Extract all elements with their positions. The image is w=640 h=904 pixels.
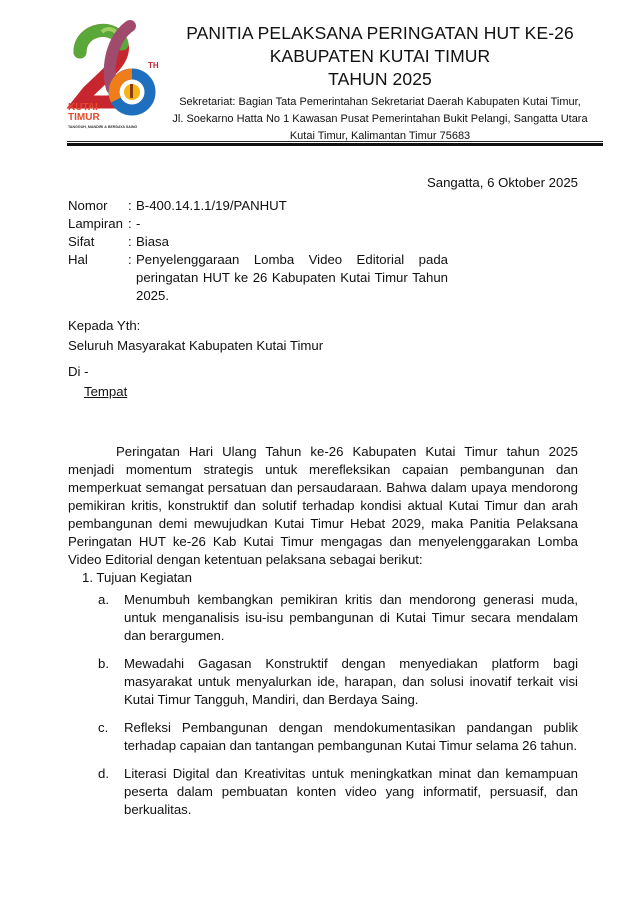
list-item: d. Literasi Digital dan Kreativitas untu…: [98, 765, 578, 819]
divider-thick-line: [67, 143, 603, 146]
letterhead-title-3: TAHUN 2025: [160, 68, 600, 91]
recipient-di: Di -: [68, 362, 323, 382]
list-item: c. Refleksi Pembangunan dengan mendokume…: [98, 719, 578, 755]
recipient-name: Seluruh Masyarakat Kabupaten Kutai Timur: [68, 336, 323, 356]
letterhead-title-1: PANITIA PELAKSANA PERINGATAN HUT KE-26: [160, 22, 600, 45]
svg-text:TIMUR: TIMUR: [68, 112, 100, 123]
address-line-2: Jl. Soekarno Hatta No 1 Kawasan Pusat Pe…: [160, 111, 600, 128]
meta-colon: :: [128, 233, 136, 251]
meta-value: Biasa: [136, 233, 448, 251]
list-text: Mewadahi Gagasan Konstruktif dengan meny…: [124, 655, 578, 709]
hut-26-logo: TH KUTAI TIMUR TANGGUH, MANDIRI & BERDAY…: [66, 18, 162, 130]
list-text: Refleksi Pembangunan dengan mendokumenta…: [124, 719, 578, 755]
meta-label: Sifat: [68, 233, 128, 251]
hut-26-kutai-timur-logo-icon: TH KUTAI TIMUR TANGGUH, MANDIRI & BERDAY…: [66, 18, 162, 130]
letterhead-title-2: KABUPATEN KUTAI TIMUR: [160, 45, 600, 68]
address-line-1: Sekretariat: Bagian Tata Pemerintahan Se…: [160, 94, 600, 111]
letter-date: Sangatta, 6 Oktober 2025: [427, 174, 578, 192]
list-marker: c.: [98, 719, 124, 755]
letterhead-divider: [67, 141, 603, 146]
section-heading: 1. Tujuan Kegiatan: [82, 569, 578, 587]
meta-colon: :: [128, 215, 136, 233]
letterhead-address: Sekretariat: Bagian Tata Pemerintahan Se…: [160, 94, 600, 145]
meta-row-sifat: Sifat : Biasa: [68, 233, 448, 251]
meta-value: Penyelenggaraan Lomba Video Editorial pa…: [136, 251, 448, 305]
list-item: a. Menumbuh kembangkan pemikiran kritis …: [98, 591, 578, 645]
meta-colon: :: [128, 197, 136, 215]
meta-row-lampiran: Lampiran : -: [68, 215, 448, 233]
recipient-place: Tempat: [68, 382, 323, 402]
section-tujuan-kegiatan: 1. Tujuan Kegiatan a. Menumbuh kembangka…: [82, 569, 578, 819]
list-text: Literasi Digital dan Kreativitas untuk m…: [124, 765, 578, 819]
meta-label: Nomor: [68, 197, 128, 215]
meta-row-hal: Hal : Penyelenggaraan Lomba Video Editor…: [68, 251, 448, 305]
meta-colon: :: [128, 251, 136, 305]
list-text: Menumbuh kembangkan pemikiran kritis dan…: [124, 591, 578, 645]
meta-value: -: [136, 215, 448, 233]
divider-thin-line: [67, 141, 603, 142]
list-marker: d.: [98, 765, 124, 819]
body-paragraph: Peringatan Hari Ulang Tahun ke-26 Kabupa…: [68, 443, 578, 569]
recipient-salutation: Kepada Yth:: [68, 316, 323, 336]
meta-row-nomor: Nomor : B-400.14.1.1/19/PANHUT: [68, 197, 448, 215]
list-item: b. Mewadahi Gagasan Konstruktif dengan m…: [98, 655, 578, 709]
list-marker: a.: [98, 591, 124, 645]
meta-label: Hal: [68, 251, 128, 305]
meta-label: Lampiran: [68, 215, 128, 233]
svg-text:TH: TH: [148, 61, 159, 70]
letter-meta: Nomor : B-400.14.1.1/19/PANHUT Lampiran …: [68, 197, 448, 305]
recipient-block: Kepada Yth: Seluruh Masyarakat Kabupaten…: [68, 316, 323, 402]
meta-value: B-400.14.1.1/19/PANHUT: [136, 197, 448, 215]
svg-text:TANGGUH, MANDIRI & BERDAYA SAI: TANGGUH, MANDIRI & BERDAYA SAING: [68, 125, 137, 129]
list-marker: b.: [98, 655, 124, 709]
letterhead: PANITIA PELAKSANA PERINGATAN HUT KE-26 K…: [160, 22, 600, 145]
